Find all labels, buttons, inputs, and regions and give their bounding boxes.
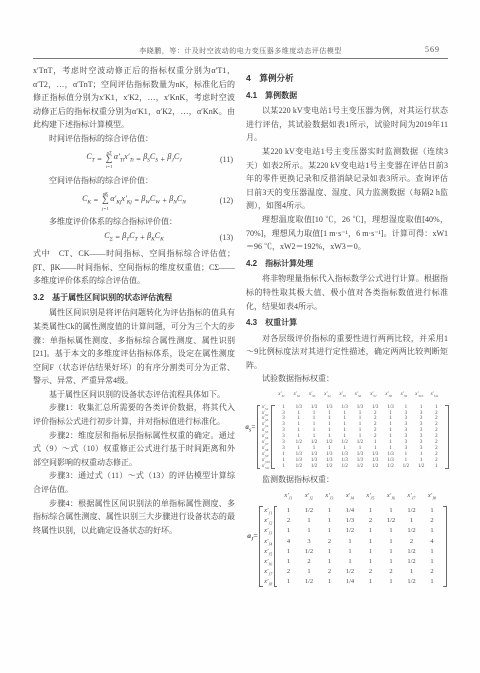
matrix-cell: 1/2: [401, 547, 422, 557]
math-token: βS: [143, 150, 150, 168]
matrix-label: aS=: [245, 421, 255, 437]
paragraph-case-intro: 以某220 kV变电站1号主变压器为例，对其运行状态进行评估，其试验数据如表1所…: [246, 104, 448, 145]
matrix-cell: 1/2: [413, 464, 428, 470]
matrix-column-header: x′S4: [320, 388, 335, 404]
matrix-column-header: x′S2: [289, 388, 304, 404]
sigma-glyph: ∑: [106, 155, 113, 165]
math-token: CK: [82, 192, 91, 210]
matrix-row-label: x′J4: [264, 537, 272, 547]
math-sub: J6: [268, 561, 272, 566]
matrix-cell: 1/4: [340, 506, 361, 516]
matrix-label: aJ=: [247, 529, 257, 547]
matrix-cell: 1: [278, 577, 299, 587]
math-token: CN: [177, 192, 186, 210]
math-sub: S8: [389, 394, 392, 398]
math-sub: J5: [268, 551, 272, 556]
math-token: CΣ: [104, 229, 113, 247]
math-sub: J8: [432, 495, 436, 500]
matrix-cell: 1: [422, 526, 443, 536]
math-sub: J7: [268, 571, 272, 576]
math-token: =: [91, 194, 100, 208]
lead-test-data-weights: 试验数据指标权重：: [246, 372, 448, 386]
matrix-cell: 1/2: [299, 547, 320, 557]
matrix-column-header: x′J4: [340, 489, 361, 505]
matrix-monitor-data-weights: aJ=x′J1x′J2x′J3x′J4x′J5x′J6x′J7x′J8x′J1x…: [246, 489, 448, 587]
matrix-right-bracket: [443, 506, 447, 588]
matrix-cell: 1/2: [291, 464, 306, 470]
matrix-column-header: x′S1: [274, 388, 289, 404]
matrix-cell: 1: [340, 557, 361, 567]
matrix-row-label: x′J8: [264, 577, 272, 587]
math-sub: J8: [268, 582, 272, 587]
matrix-values: 11/211/4111/212111/321/2121111/2111/2143…: [277, 506, 443, 588]
math-token: +: [158, 153, 167, 167]
matrix-cell: 4: [422, 537, 443, 547]
summation-lower-limit: i=1: [106, 164, 113, 169]
matrix-cell: 1: [381, 557, 402, 567]
matrix-cell: 3: [299, 537, 320, 547]
math-sub: J6: [391, 495, 395, 500]
matrix-cell: 1/2: [352, 464, 367, 470]
math-sub: J3: [268, 531, 272, 536]
heading-3-2: 3.2 基于属性区间识别的状态评估流程: [33, 291, 235, 305]
matrix-cell: 1: [381, 506, 402, 516]
equals-sign: =: [253, 531, 257, 540]
math-token: βK: [147, 229, 155, 247]
paragraph-step-2: 步骤2：维度层和指标层指标属性权重的确定。通过式（9）～式（10）权重修正公式进…: [33, 429, 235, 470]
matrix-column-header: x′S11: [427, 388, 442, 404]
summation-lower-limit: j=1: [102, 206, 109, 211]
matrix-cell: 1: [360, 506, 381, 516]
math-token: CJ: [174, 150, 182, 168]
math-sub: S5: [343, 394, 346, 398]
matrix-cell: 2: [360, 516, 381, 526]
matrix-cell: 1/3: [340, 516, 361, 526]
matrix-cell: 2: [299, 557, 320, 567]
equation-number: (12): [220, 194, 233, 208]
lead-multi-eval: 多维度评价体系的综合指标评价值：: [33, 215, 235, 229]
matrix-cell: 1: [319, 547, 340, 557]
matrix-column-headers: x′S1x′S2x′S3x′S4x′S5x′S6x′S7x′S8x′S9x′S1…: [257, 388, 449, 404]
matrix-cell: 1/2: [337, 464, 352, 470]
matrix-row-label: x′J5: [264, 547, 272, 557]
matrix-column-header: x′S9: [396, 388, 411, 404]
heading-4-2: 4.2 指标计算处理: [246, 257, 448, 271]
matrix-row-label: x′J2: [264, 516, 272, 526]
matrix-row: 2121/22212: [278, 567, 442, 577]
math-sub: J1: [268, 510, 272, 515]
matrix-cell: 1: [381, 547, 402, 557]
matrix-row: 11/21/21/21/21/21/21/21/21/21: [276, 464, 444, 470]
math-sub: S4: [328, 394, 331, 398]
math-sub: S11: [265, 466, 269, 470]
matrix-cell: 4: [278, 537, 299, 547]
equation-number: (11): [220, 153, 233, 167]
matrix-column-header: x′S7: [366, 388, 381, 404]
matrix-header-spacer: [259, 489, 278, 505]
matrix-cell: 1: [429, 464, 444, 470]
math-sub: J7: [412, 495, 416, 500]
matrix-cell: 2: [381, 567, 402, 577]
matrix-row-labels: x′S1x′S2x′S3x′S4x′S5x′S6x′S7x′S8x′S9x′S1…: [260, 405, 271, 470]
matrix-cell: 1: [422, 577, 443, 587]
math-token: CK: [155, 229, 164, 247]
math-token: CS: [150, 150, 158, 168]
paragraph-flow-intro: 基于属性区间识别的设备状态评估流程具体如下。: [33, 388, 235, 402]
matrix-row: 2111/321/212: [278, 516, 442, 526]
matrix-cell: 1/2: [340, 526, 361, 536]
math-token: βN: [169, 192, 177, 210]
equals-sign: =: [251, 423, 255, 431]
matrix-row-label: x′J1: [264, 506, 272, 516]
matrix-column-header: x′J3: [319, 489, 340, 505]
math-sub: J5: [371, 495, 375, 500]
heading-4: 4 算例分析: [246, 72, 448, 86]
matrix-column-header: x′S5: [335, 388, 350, 404]
math-token: α′Kj: [110, 192, 121, 210]
math-token: βW: [141, 192, 150, 210]
math-token: CT: [129, 229, 137, 247]
matrix-cell: 1: [276, 464, 291, 470]
matrix-cell: 2: [319, 567, 340, 577]
matrix-cell: 2: [401, 537, 422, 547]
matrix-column-header: x′J8: [422, 489, 443, 505]
matrix-cell: 1: [278, 547, 299, 557]
matrix-cell: 1/2: [340, 567, 361, 577]
math-sub: S11: [434, 394, 438, 398]
math-token: CW: [150, 192, 160, 210]
math-sub: S9: [404, 394, 407, 398]
matrix-cell: 1/2: [306, 464, 321, 470]
math-token: CT: [86, 150, 94, 168]
equation-11: CT = nT∑i=1α′Tix′Ti = βSCS + βJCJ(11): [33, 146, 235, 174]
matrix-cell: 1: [401, 567, 422, 577]
matrix-cell: 1: [319, 526, 340, 536]
math-token: +: [160, 194, 169, 208]
matrix-cell: 1: [299, 567, 320, 577]
matrix-cell: 1/4: [340, 577, 361, 587]
math-token: α′Ti: [114, 150, 124, 168]
math-token: =: [134, 153, 143, 167]
summation-symbol: nT∑i=1: [106, 150, 113, 170]
matrix-cell: 1: [381, 537, 402, 547]
paragraph-where-clause: 式中 CT、CK——时间指标、空间指标综合评估值；βT、βK——时间指标、空间指…: [33, 247, 235, 288]
matrix-cell: 1/2: [322, 464, 337, 470]
math-token: x′Ti: [124, 150, 134, 168]
math-sub: S10: [419, 394, 424, 398]
matrix-row: 1211111/21: [278, 557, 442, 567]
math-token: =: [132, 194, 141, 208]
matrix-cell: 2: [319, 537, 340, 547]
matrix-cell: 1: [299, 516, 320, 526]
matrix-cell: 1: [319, 506, 340, 516]
matrix-cell: 1: [422, 506, 443, 516]
paragraph-monitoring-records: 某220 kV变电站1号主变压器实时监测数据（连续3天）如表2所示。某220 k…: [246, 145, 448, 213]
matrix-row-labels: x′J1x′J2x′J3x′J4x′J5x′J6x′J7x′J8: [263, 506, 274, 588]
matrix-cell: 2: [422, 516, 443, 526]
matrix-column-header: x′J1: [278, 489, 299, 505]
math-sub: S2: [297, 394, 300, 398]
matrix-cell: 1: [422, 547, 443, 557]
matrix-column-header: x′S6: [350, 388, 365, 404]
matrix-cell: 1/2: [398, 464, 413, 470]
lead-monitor-data-weights: 监测数据指标权重：: [246, 473, 448, 487]
matrix-row: 43211124: [278, 537, 442, 547]
matrix-cell: 1: [381, 526, 402, 536]
matrix-body: x′S1x′S2x′S3x′S4x′S5x′S6x′S7x′S8x′S9x′S1…: [257, 388, 449, 469]
math-sub: N: [182, 200, 186, 206]
matrix-cell: 1: [278, 526, 299, 536]
math-sub: S6: [358, 394, 361, 398]
matrix-cell: 1/2: [383, 464, 398, 470]
matrix-row: 11/211111/21: [278, 547, 442, 557]
math-sub: J2: [309, 495, 313, 500]
equation-13: CΣ = βTCT + βKCK(13): [33, 229, 235, 247]
paragraph-index-calculation: 将非物理量指标代入指标数学公式进行计算。根据指标的特性取其极大值、极小值对各类指…: [246, 272, 448, 313]
header-rule: [33, 58, 448, 59]
math-sub: J2: [268, 520, 272, 525]
matrix-column-header: x′S3: [304, 388, 319, 404]
equation-12: CK = nK∑j=1α′Kjx′Kj = βWCW + βNCN(12): [33, 187, 235, 215]
matrix-cell: 2: [360, 567, 381, 577]
matrix-row: 1111/2111/21: [278, 526, 442, 536]
equation-number: (13): [220, 231, 233, 245]
content-columns: x′TnT，考虑时空波动修正后的指标权重分别为α′T1，α′T2，…，α′TnT…: [33, 64, 448, 591]
paragraph-step-3: 步骤3：通过式（11）～式（13）的评估模型计算综合评估值。: [33, 469, 235, 496]
matrix-main: x′S1x′S2x′S3x′S4x′S5x′S6x′S7x′S8x′S9x′S1…: [257, 405, 449, 470]
left-column: x′TnT，考虑时空波动修正后的指标权重分别为α′T1，α′T2，…，α′TnT…: [33, 64, 235, 537]
heading-4-3: 4.3 权重计算: [246, 316, 448, 330]
matrix-row: 11/211/4111/21: [278, 506, 442, 516]
matrix-cell: 1/2: [401, 506, 422, 516]
matrix-column-header: x′J5: [360, 489, 381, 505]
matrix-cell: 1: [340, 547, 361, 557]
summation-symbol: nK∑j=1: [102, 191, 109, 211]
matrix-main: x′J1x′J2x′J3x′J4x′J5x′J6x′J7x′J811/211/4…: [259, 506, 447, 588]
matrix-cell: 2: [278, 567, 299, 577]
matrix-cell: 2: [422, 567, 443, 577]
matrix-cell: 1: [278, 506, 299, 516]
matrix-cell: 1: [422, 557, 443, 567]
matrix-cell: 1/2: [401, 577, 422, 587]
matrix-cell: 1: [381, 577, 402, 587]
math-sub: J4: [268, 541, 272, 546]
matrix-row-label: x′S11: [262, 464, 270, 470]
matrix-column-header: x′S8: [381, 388, 396, 404]
matrix-row-label: x′J3: [264, 526, 272, 536]
matrix-row: 11/211/4111/21: [278, 577, 442, 587]
math-token: =: [113, 231, 122, 245]
matrix-cell: 1: [360, 526, 381, 536]
page-number: 569: [425, 45, 440, 54]
running-title: 李晓鹏，等：计及时空波动的电力变压器多维度动态评估模型: [139, 46, 342, 56]
matrix-header-spacer: [257, 388, 274, 404]
math-sub: S7: [373, 394, 376, 398]
paragraph-weight-calculation: 对各层级评价指标的重要性进行两两比较，并采用1～9比例标度法对其进行定性描述，确…: [246, 332, 448, 373]
matrix-cell: 1/2: [381, 516, 402, 526]
matrix-test-data-weights: aS=x′S1x′S2x′S3x′S4x′S5x′S6x′S7x′S8x′S9x…: [246, 388, 448, 469]
sigma-glyph: ∑: [102, 196, 109, 206]
math-sub: J3: [330, 495, 334, 500]
matrix-column-headers: x′J1x′J2x′J3x′J4x′J5x′J6x′J7x′J8: [259, 489, 447, 505]
matrix-row-label: x′J7: [264, 567, 272, 577]
matrix-cell: 1: [319, 557, 340, 567]
matrix-column-header: x′J6: [381, 489, 402, 505]
heading-4-1: 4.1 算例数据: [246, 89, 448, 103]
paragraph-attribute-recognition: 属性区间识别是将评估问题转化为评估指标的值具有某类属性Ck的属性测度值的计算问题…: [33, 306, 235, 388]
matrix-cell: 1: [319, 577, 340, 587]
matrix-cell: 1/2: [368, 464, 383, 470]
math-sub: J1: [289, 495, 293, 500]
right-column: 4 算例分析 4.1 算例数据 以某220 kV变电站1号主变压器为例，对其运行…: [246, 64, 448, 591]
math-sub: K: [160, 236, 164, 242]
matrix-row-label: x′J6: [264, 557, 272, 567]
lead-space-eval: 空间评估指标的综合评价值：: [33, 174, 235, 188]
matrix-cell: 2: [278, 516, 299, 526]
matrix-column-header: x′J7: [401, 489, 422, 505]
matrix-cell: 1/2: [401, 557, 422, 567]
matrix-cell: 1: [401, 516, 422, 526]
paragraph-weights-continued: x′TnT，考虑时空波动修正后的指标权重分别为α′T1，α′T2，…，α′TnT…: [33, 64, 235, 132]
matrix-column-header: x′J2: [299, 489, 320, 505]
paragraph-step-1: 步骤1：收集汇总所需要的各类评价数据，将其代入评价指标公式进行初步计算，并对指标…: [33, 401, 235, 428]
matrix-body: x′J1x′J2x′J3x′J4x′J5x′J6x′J7x′J8x′J1x′J2…: [259, 489, 447, 587]
matrix-right-bracket: [445, 405, 449, 470]
paragraph-ideal-values: 理想温度取值[10 ℃，26 ℃]，理想湿度取值[40%，70%]，理想风力取值…: [246, 213, 448, 254]
matrix-cell: 1: [278, 557, 299, 567]
matrix-cell: 1/2: [299, 506, 320, 516]
matrix-cell: 1: [360, 577, 381, 587]
matrix-cell: 1: [360, 557, 381, 567]
running-header: 李晓鹏，等：计及时空波动的电力变压器多维度动态评估模型: [33, 46, 448, 56]
lead-time-eval: 时间评估指标的综合评估值：: [33, 132, 235, 146]
math-sub: S3: [312, 394, 315, 398]
paragraph-step-4: 步骤4：根据属性区间识别法的单指标属性测度、多指标综合属性测度、属性识别三大步骤…: [33, 497, 235, 538]
matrix-values: 11/31/31/31/31/31/31/3111311111213323111…: [275, 405, 445, 470]
math-token: =: [95, 153, 104, 167]
matrix-cell: 1: [360, 537, 381, 547]
paper-page: 李晓鹏，等：计及时空波动的电力变压器多维度动态评估模型 569 x′TnT，考虑…: [0, 0, 480, 673]
matrix-cell: 1: [360, 547, 381, 557]
math-token: +: [138, 231, 147, 245]
matrix-cell: 1: [319, 516, 340, 526]
matrix-cell: 1: [299, 526, 320, 536]
matrix-cell: 1/2: [299, 577, 320, 587]
math-token: βT: [122, 229, 129, 247]
math-sub: J4: [350, 495, 354, 500]
matrix-cell: 1/2: [401, 526, 422, 536]
math-sub: S1: [282, 394, 285, 398]
math-sub: J: [179, 158, 181, 164]
matrix-cell: 1: [340, 537, 361, 547]
math-token: x′Kj: [121, 192, 132, 210]
matrix-column-header: x′S10: [412, 388, 427, 404]
